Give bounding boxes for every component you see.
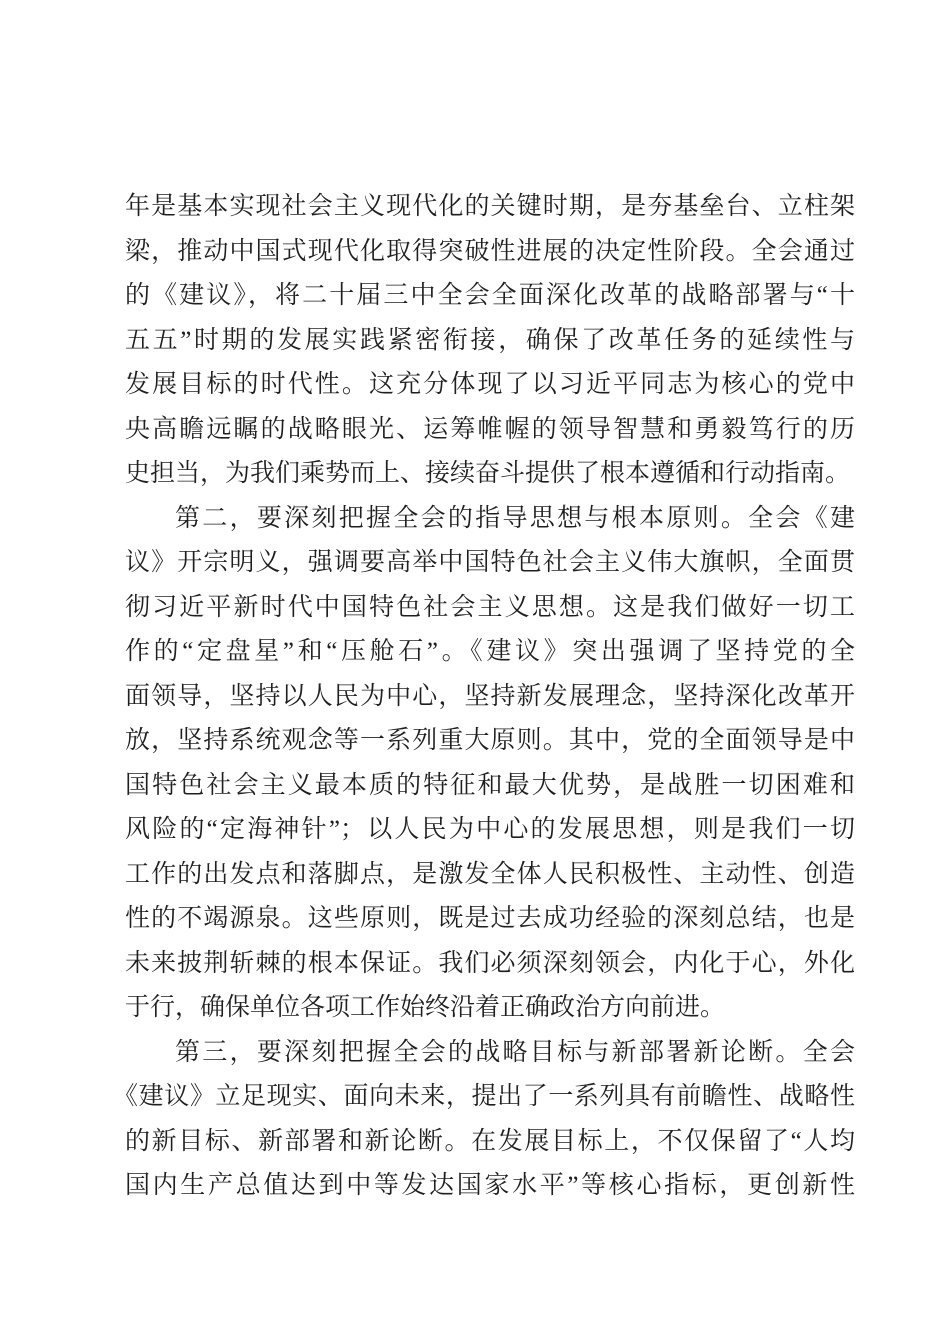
text-line: 彻习近平新时代中国特色社会主义思想。这是我们做好一切工 <box>125 586 855 631</box>
paragraph: 第二，要深刻把握全会的指导思想与根本原则。全会《建 议》开宗明义，强调要高举中国… <box>125 497 855 1031</box>
document-page: 年是基本实现社会主义现代化的关键时期，是夯基垒台、立柱架 梁，推动中国式现代化取… <box>0 0 950 1344</box>
text-line: 发展目标的时代性。这充分体现了以习近平同志为核心的党中 <box>125 363 855 408</box>
text-line: 面领导，坚持以人民为中心，坚持新发展理念，坚持深化改革开 <box>125 675 855 720</box>
text-line: 于行，确保单位各项工作始终沿着正确政治方向前进。 <box>125 986 855 1031</box>
text-line: 《建议》立足现实、面向未来，提出了一系列具有前瞻性、战略性 <box>125 1075 855 1120</box>
text-line: 年是基本实现社会主义现代化的关键时期，是夯基垒台、立柱架 <box>125 185 855 230</box>
text-line: 作的“定盘星”和“压舱石”。《建议》突出强调了坚持党的全 <box>125 630 855 675</box>
text-line: 放，坚持系统观念等一系列重大原则。其中，党的全面领导是中 <box>125 719 855 764</box>
text-line: 第三，要深刻把握全会的战略目标与新部署新论断。全会 <box>125 1031 855 1076</box>
text-line: 议》开宗明义，强调要高举中国特色社会主义伟大旗帜，全面贯 <box>125 541 855 586</box>
text-line: 第二，要深刻把握全会的指导思想与根本原则。全会《建 <box>125 497 855 542</box>
text-line: 国特色社会主义最本质的特征和最大优势，是战胜一切困难和 <box>125 764 855 809</box>
text-line: 未来披荆斩棘的根本保证。我们必须深刻领会，内化于心，外化 <box>125 942 855 987</box>
text-line: 性的不竭源泉。这些原则，既是过去成功经验的深刻总结，也是 <box>125 897 855 942</box>
text-line: 五五”时期的发展实践紧密衔接，确保了改革任务的延续性与 <box>125 319 855 364</box>
text-line: 工作的出发点和落脚点，是激发全体人民积极性、主动性、创造 <box>125 853 855 898</box>
text-line: 央高瞻远瞩的战略眼光、运筹帷幄的领导智慧和勇毅笃行的历 <box>125 408 855 453</box>
text-line: 梁，推动中国式现代化取得突破性进展的决定性阶段。全会通过 <box>125 230 855 275</box>
text-line: 国内生产总值达到中等发达国家水平”等核心指标，更创新性 <box>125 1164 855 1209</box>
text-line: 的新目标、新部署和新论断。在发展目标上，不仅保留了“人均 <box>125 1120 855 1165</box>
document-text-block: 年是基本实现社会主义现代化的关键时期，是夯基垒台、立柱架 梁，推动中国式现代化取… <box>125 185 855 1209</box>
text-line: 的《建议》，将二十届三中全会全面深化改革的战略部署与“十 <box>125 274 855 319</box>
text-line: 史担当，为我们乘势而上、接续奋斗提供了根本遵循和行动指南。 <box>125 452 855 497</box>
paragraph: 第三，要深刻把握全会的战略目标与新部署新论断。全会 《建议》立足现实、面向未来，… <box>125 1031 855 1209</box>
text-line: 风险的“定海神针”；以人民为中心的发展思想，则是我们一切 <box>125 808 855 853</box>
paragraph: 年是基本实现社会主义现代化的关键时期，是夯基垒台、立柱架 梁，推动中国式现代化取… <box>125 185 855 497</box>
